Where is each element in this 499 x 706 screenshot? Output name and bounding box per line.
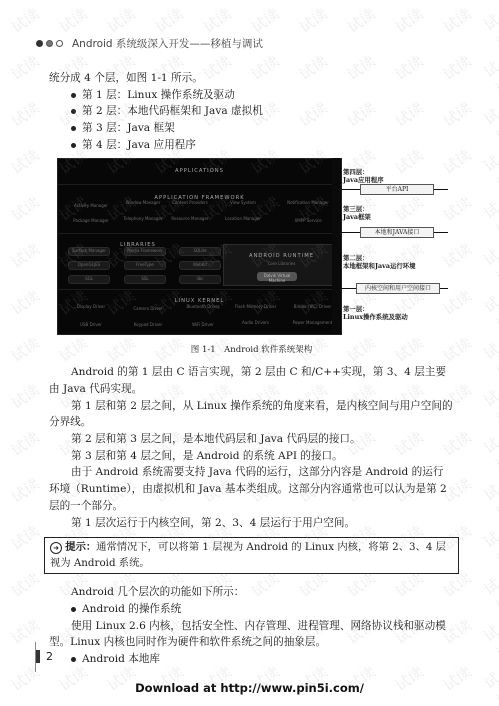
page-number: 2 (36, 650, 53, 663)
layer-2-label: 第二层：本地框架和Java运行环境 (343, 254, 416, 270)
watermark-text: 试读 (479, 197, 499, 240)
diagram-cell: libc (179, 276, 221, 281)
list-item: 第 2 层：本地代码框架和 Java 虚拟机 (71, 103, 454, 120)
section-heading: Android 的操作系统 (71, 601, 454, 618)
android-runtime-box: Android Runtime Core Libraries Dalvik Vi… (223, 244, 340, 286)
bullet-icon (71, 657, 76, 662)
divider (58, 233, 341, 234)
watermark-text: 试读 (479, 432, 499, 475)
divider (58, 289, 341, 290)
diagram-cell: OpenGL|ES (68, 262, 110, 267)
book-title: Android 系统级深入开发——移植与调试 (72, 36, 263, 51)
watermark-text: 试读 (479, 291, 499, 334)
page-content: 统分成 4 个层，如图 1-1 所示。 第 1 层：Linux 操作系统及驱动 … (49, 70, 454, 668)
layer-3-label: 第三层：Java框架 (343, 205, 371, 221)
watermark-text: 试读 (343, 3, 380, 37)
section-heading: Android 本地库 (71, 651, 454, 668)
watermark-text: 试读 (7, 238, 44, 272)
native-java-interface-box: 本地和JAVA接口 (360, 227, 434, 238)
paragraph: Android 的第 1 层由 C 语言实现，第 2 层由 C 和/C++实现，… (49, 364, 454, 397)
header-dot-icon (36, 40, 43, 47)
watermark-text: 试读 (151, 3, 188, 37)
watermark-text: 试读 (479, 244, 499, 287)
watermark-text: 试读 (479, 479, 499, 522)
running-header: Android 系统级深入开发——移植与调试 (36, 36, 263, 51)
diagram-cell: Core Libraries (224, 261, 339, 266)
section-heading-list: Android 本地库 (49, 651, 454, 668)
list-item: 第 4 层：Java 应用程序 (71, 137, 454, 154)
watermark-text: 试读 (7, 144, 44, 178)
divider (58, 184, 341, 185)
layer-annotations: 第四层：Java应用程序 平台API 第三层：Java框架 本地和JAVA接口 … (332, 158, 482, 333)
layer-1-label: 第一层：Linux操作系统及驱动 (343, 305, 408, 321)
watermark-text: 试读 (479, 103, 499, 146)
diagram-cell: WiFi Driver (183, 322, 223, 327)
annotation-bar (332, 158, 340, 333)
download-footer: Download at http://www.pin5i.com/ (0, 681, 499, 695)
watermark-text: 试读 (479, 338, 499, 381)
paragraph: 使用 Linux 2.6 内核，包括安全性、内存管理、进程管理、网络协议栈和驱动… (49, 618, 454, 651)
bullet-icon (71, 109, 76, 114)
watermark-text: 试读 (7, 520, 44, 554)
watermark-text: 试读 (199, 3, 236, 37)
watermark-text: 试读 (439, 3, 476, 37)
diagram-cell: Content Providers (170, 200, 210, 205)
watermark-text: 试读 (247, 3, 284, 37)
diagram-cell: Activity Manager (66, 203, 116, 208)
kernel-user-interface-box: 内核空间和用户空间接口 (356, 283, 440, 294)
paragraph: 第 1 层和第 2 层之间，从 Linux 操作系统的角度来看，是内核空间与用户… (49, 398, 454, 431)
watermark-text: 试读 (479, 150, 499, 193)
bullet-icon (71, 143, 76, 148)
diagram-cell: SQLite (179, 248, 221, 253)
diagram-cell: Telephony Manager (123, 216, 163, 221)
diagram-cell: Audio Drivers (233, 320, 278, 325)
tip-box: ➜ 提示：通常情况下，可以将第 1 层视为 Android 的 Linux 内核… (44, 537, 459, 574)
watermark-text: 试读 (479, 573, 499, 616)
watermark-text: 试读 (103, 3, 140, 37)
diagram-cell: Location Manager (223, 216, 263, 221)
paragraph: 由于 Android 系统需要支持 Java 代码的运行，这部分内容是 Andr… (49, 464, 454, 514)
bullet-icon (71, 607, 76, 612)
diagram-cell: Keypad Driver (123, 322, 173, 327)
functions-intro: Android 几个层次的功能如下所示： (49, 584, 454, 601)
diagram-cell: Display Driver (66, 304, 116, 309)
diagram-cell: FreeType (124, 262, 166, 267)
watermark-text: 试读 (7, 50, 44, 84)
intro-text: 统分成 4 个层，如图 1-1 所示。 (49, 70, 454, 87)
diagram-cell: Resource Manager (170, 216, 210, 221)
bullet-icon (71, 93, 76, 98)
paragraph: 第 1 层次运行于内核空间，第 2、3、4 层运行于用户空间。 (49, 515, 454, 532)
diagram-cell: Dalvik Virtual Machine (257, 273, 297, 283)
watermark-text: 试读 (479, 9, 499, 52)
watermark-text: 试读 (391, 3, 428, 37)
diagram-cell: Flash Memory Driver (233, 304, 278, 309)
layers-list: 第 1 层：Linux 操作系统及驱动 第 2 层：本地代码框架和 Java 虚… (49, 87, 454, 154)
platform-api-box: 平台API (360, 184, 434, 195)
watermark-text: 试读 (7, 426, 44, 460)
diagram-cell: Bluetooth Driver (183, 304, 223, 309)
margin-rule (35, 642, 36, 672)
watermark-text: 试读 (7, 567, 44, 601)
paragraph: 第 3 层和第 4 层之间，是 Android 的系统 API 的接口。 (49, 448, 454, 465)
figure-caption: 图 1-1 Android 软件系统架构 (49, 342, 454, 359)
watermark-text: 试读 (479, 620, 499, 663)
watermark-text: 试读 (7, 332, 44, 366)
watermark-text: 试读 (479, 526, 499, 569)
diagram-cell: View System (223, 200, 263, 205)
watermark-text: 试读 (7, 3, 44, 37)
arrow-right-circle-icon: ➜ (50, 542, 62, 554)
diagram-cell: USB Driver (66, 322, 116, 327)
page-marker-icon (36, 650, 40, 663)
list-item: 第 1 层：Linux 操作系统及驱动 (71, 87, 454, 104)
watermark-text: 试读 (55, 3, 92, 37)
diagram-cell: Package Manager (66, 218, 116, 223)
watermark-text: 试读 (295, 3, 332, 37)
watermark-text: 试读 (7, 379, 44, 413)
watermark-text: 试读 (7, 285, 44, 319)
tip-text: 通常情况下，可以将第 1 层视为 Android 的 Linux 内核，将第 2… (50, 541, 446, 569)
list-item: 第 3 层：Java 框架 (71, 120, 454, 137)
watermark-text: 试读 (479, 56, 499, 99)
diagram-cell: SSL (124, 276, 166, 281)
bullet-icon (71, 126, 76, 131)
watermark-text: 试读 (7, 473, 44, 507)
header-dot-icon (56, 40, 63, 47)
android-architecture-diagram: Applications Application Framework Activ… (57, 158, 342, 335)
tip-label: 提示： (65, 541, 96, 553)
watermark-text: 试读 (7, 191, 44, 225)
diagram-cell: Surface Manager (68, 248, 110, 253)
applications-band-title: Applications (58, 163, 341, 180)
paragraph: 第 2 层和第 3 层之间，是本地代码层和 Java 代码层的接口。 (49, 431, 454, 448)
diagram-cell: Notification Manager (283, 200, 333, 205)
watermark-text: 试读 (479, 385, 499, 428)
diagram-cell: SGL (68, 276, 110, 281)
section-heading-list: Android 的操作系统 (49, 601, 454, 618)
diagram-cell: Binder (IPC) Driver (290, 304, 335, 309)
watermark-text: 试读 (7, 97, 44, 131)
diagram-cell: XMPP Service (283, 218, 333, 223)
layer-4-label: 第四层：Java应用程序 (343, 168, 384, 184)
architecture-figure: Applications Application Framework Activ… (49, 158, 454, 336)
diagram-cell: WebKit (179, 262, 221, 267)
diagram-cell: Window Manager (123, 200, 163, 205)
watermark-text: 试读 (7, 614, 44, 648)
diagram-cell: Power Management (290, 320, 335, 325)
header-dot-icon (46, 40, 53, 47)
diagram-cell: Media Framework (124, 248, 166, 253)
diagram-cell: Camera Driver (123, 306, 173, 311)
